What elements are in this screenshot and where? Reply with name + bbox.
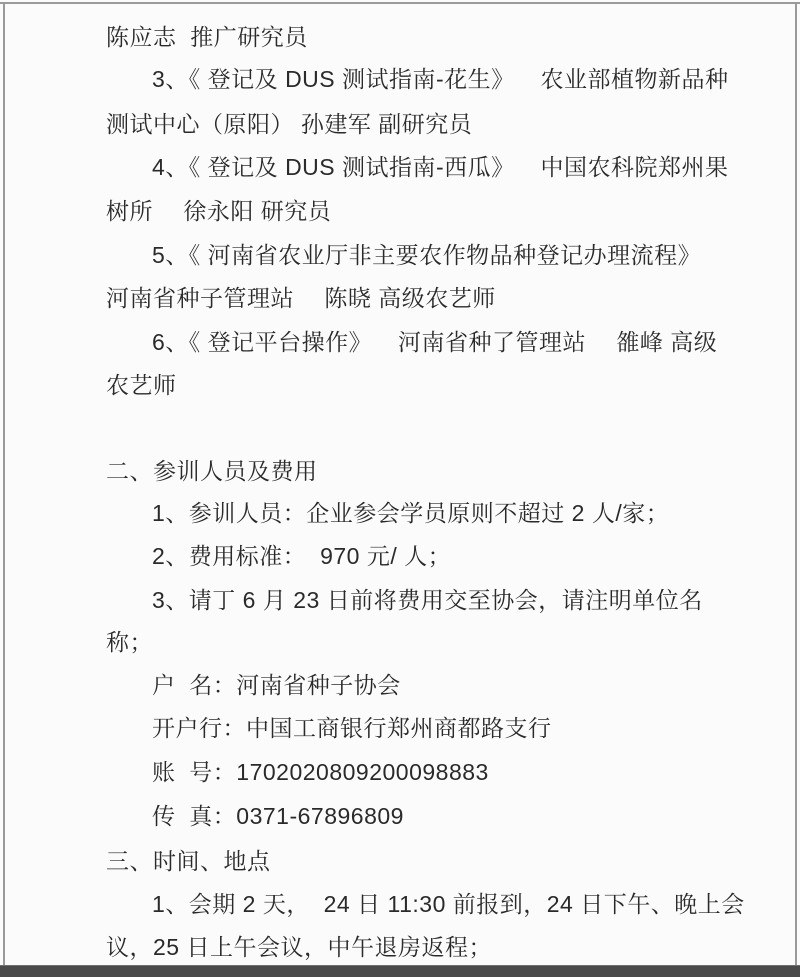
text-line-schedule-continued: 议，25 日上午会议，中午退房返程；	[106, 932, 766, 962]
text-line-speaker-continued: 陈应志 推广研究员	[106, 22, 766, 52]
text-line-course-3: 3、《 登记及 DUS 测试指南-花生》 农业部植物新品种	[152, 64, 800, 94]
text-line-payment-continued: 称；	[106, 627, 766, 657]
scan-bottom-edge	[0, 965, 800, 977]
text-line-course-5: 5、《 河南省农业厅非主要农作物品种登记办理流程》	[152, 240, 800, 270]
scanned-document-page: 陈应志 推广研究员 3、《 登记及 DUS 测试指南-花生》 农业部植物新品种 …	[0, 0, 800, 977]
text-line-account-number: 账 号：1702020809200098883	[152, 757, 800, 787]
section-heading-participants-fees: 二、参训人员及费用	[106, 456, 766, 486]
text-line-course-6: 6、《 登记平台操作》 河南省种了管理站 雒峰 高级	[152, 327, 800, 357]
section-heading-time-place: 三、时间、地点	[106, 846, 766, 876]
scan-border-top	[0, 2, 800, 4]
text-line-course-5-continued: 河南省种子管理站 陈晓 高级农艺师	[106, 283, 766, 313]
text-line-course-4: 4、《 登记及 DUS 测试指南-西瓜》 中国农科院郑州果	[152, 152, 800, 182]
text-line-payment-deadline: 3、请丁 6 月 23 日前将费用交至协会，请注明单位名	[152, 585, 800, 615]
text-line-schedule: 1、会期 2 天， 24 日 11:30 前报到，24 日下午、晚上会	[152, 889, 800, 919]
text-line-fax-number: 传 真：0371-67896809	[152, 801, 800, 831]
text-line-course-4-continued: 树所 徐永阳 研究员	[106, 196, 766, 226]
text-line-bank-branch: 开户行：中国工商银行郑州商都路支行	[152, 713, 800, 743]
text-line-course-3-continued: 测试中心（原阳） 孙建军 副研究员	[106, 109, 766, 139]
text-line-course-6-continued: 农艺师	[106, 370, 766, 400]
text-line-account-name: 户 名：河南省种子协会	[152, 670, 800, 700]
text-line-fee-standard: 2、费用标准： 970 元/ 人；	[152, 541, 800, 571]
text-line-participants: 1、参训人员：企业参会学员原则不超过 2 人/家；	[152, 498, 800, 528]
scan-border-left	[3, 2, 5, 966]
